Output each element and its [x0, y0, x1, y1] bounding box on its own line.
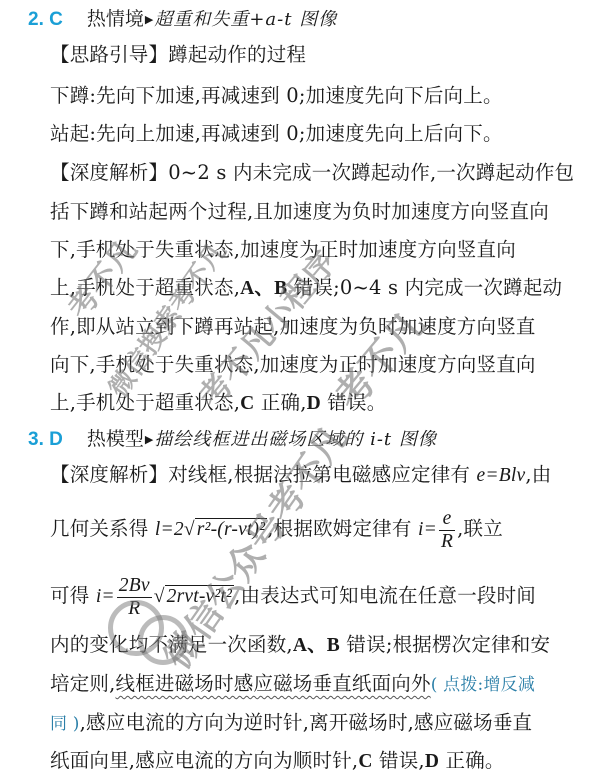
- ohm-fraction: eR: [439, 508, 455, 553]
- answer-3-header: 3. D热模型▶描绘线框进出磁场区域的 i-t 图像: [28, 425, 437, 453]
- key-point-underline: 线框进磁场时感应磁场垂直纸面向外: [116, 672, 431, 695]
- option-d-label: D: [307, 393, 321, 414]
- analysis-2-label: 【深度解析】: [50, 161, 168, 184]
- option-c-label: C: [358, 751, 372, 772]
- analysis-3-line-5: 培定则,线框进磁场时感应磁场垂直纸面向外( 点拨:增反减: [50, 671, 593, 698]
- analysis-3-label: 【深度解析】: [50, 463, 168, 486]
- answer-page: 2. C热情境▶超重和失重+a-t 图像 【思路引导】蹲起动作的过程 下蹲:先向…: [0, 0, 601, 774]
- option-ab-label: A、B: [240, 278, 287, 299]
- answer-3-number: 3. D: [28, 429, 63, 450]
- answer-2-number: 2. C: [28, 9, 63, 30]
- answer-3-topic: 描绘线框进出磁场区域的 i-t 图像: [154, 429, 437, 450]
- answer-3-tag: 热模型: [87, 428, 144, 450]
- analysis-2-line-2: 括下蹲和站起两个过程,且加速度为负时加速度方向竖直向: [50, 199, 593, 225]
- analysis-3-line-7: 纸面向里,感应电流的方向为顺时针,C 错误,D 正确。: [50, 748, 593, 774]
- answer-2-header: 2. C热情境▶超重和失重+a-t 图像: [28, 5, 337, 33]
- option-d-label: D: [425, 751, 439, 772]
- analysis-2-line-1: 【深度解析】0~2 s 内未完成一次蹲起动作,一次蹲起动作包: [50, 160, 593, 186]
- hint-text-end: 同 ): [50, 714, 80, 734]
- hint-text: ( 点拨:增反减: [431, 675, 535, 695]
- analysis-2-line-5: 作,即从站立到下蹲再站起,加速度为负时加速度方向竖直: [50, 314, 593, 340]
- thinking-guide-text: 蹲起动作的过程: [168, 43, 306, 66]
- sqrt-expression: √2rvt-v²t²: [154, 585, 234, 607]
- analysis-3-line-2: 几何关系得 l=2√r²-(r-vt)²,根据欧姆定律有 i=eR,联立: [50, 508, 593, 553]
- thinking-guide-label: 【思路引导】: [50, 43, 168, 66]
- sqrt-expression: √r²-(r-vt)²: [184, 518, 267, 540]
- triangle-marker-icon: ▶: [145, 433, 153, 446]
- analysis-3-line-1: 【深度解析】对线框,根据法拉第电磁感应定律有 e=Blv,由: [50, 462, 593, 489]
- analysis-2-line-7: 上,手机处于超重状态,C 正确,D 错误。: [50, 390, 593, 417]
- answer-2-topic: 超重和失重+a-t 图像: [154, 9, 337, 30]
- option-c-label: C: [240, 393, 254, 414]
- analysis-2-line-6: 向下,手机处于失重状态,加速度为正时加速度方向竖直向: [50, 352, 593, 378]
- triangle-marker-icon: ▶: [145, 13, 153, 26]
- analysis-2-line-3: 下,手机处于失重状态,加速度为正时加速度方向竖直向: [50, 237, 593, 263]
- stand-text: 站起:先向上加速,再减速到 0;加速度先向上后向下。: [50, 121, 593, 147]
- answer-2-tag: 热情境: [87, 8, 144, 30]
- thinking-guide: 【思路引导】蹲起动作的过程: [50, 42, 593, 68]
- faraday-formula: e=Blv: [477, 465, 526, 486]
- squat-text: 下蹲:先向下加速,再减速到 0;加速度先向下后向上。: [50, 83, 593, 109]
- option-ab-label: A、B: [293, 635, 340, 656]
- analysis-2-line-4: 上,手机处于超重状态,A、B 错误;0~4 s 内完成一次蹲起动: [50, 275, 593, 302]
- watermark-logo-icon: [138, 615, 188, 665]
- analysis-3-line-6: 同 ),感应电流的方向为逆时针,离开磁场时,感应磁场垂直: [50, 710, 593, 737]
